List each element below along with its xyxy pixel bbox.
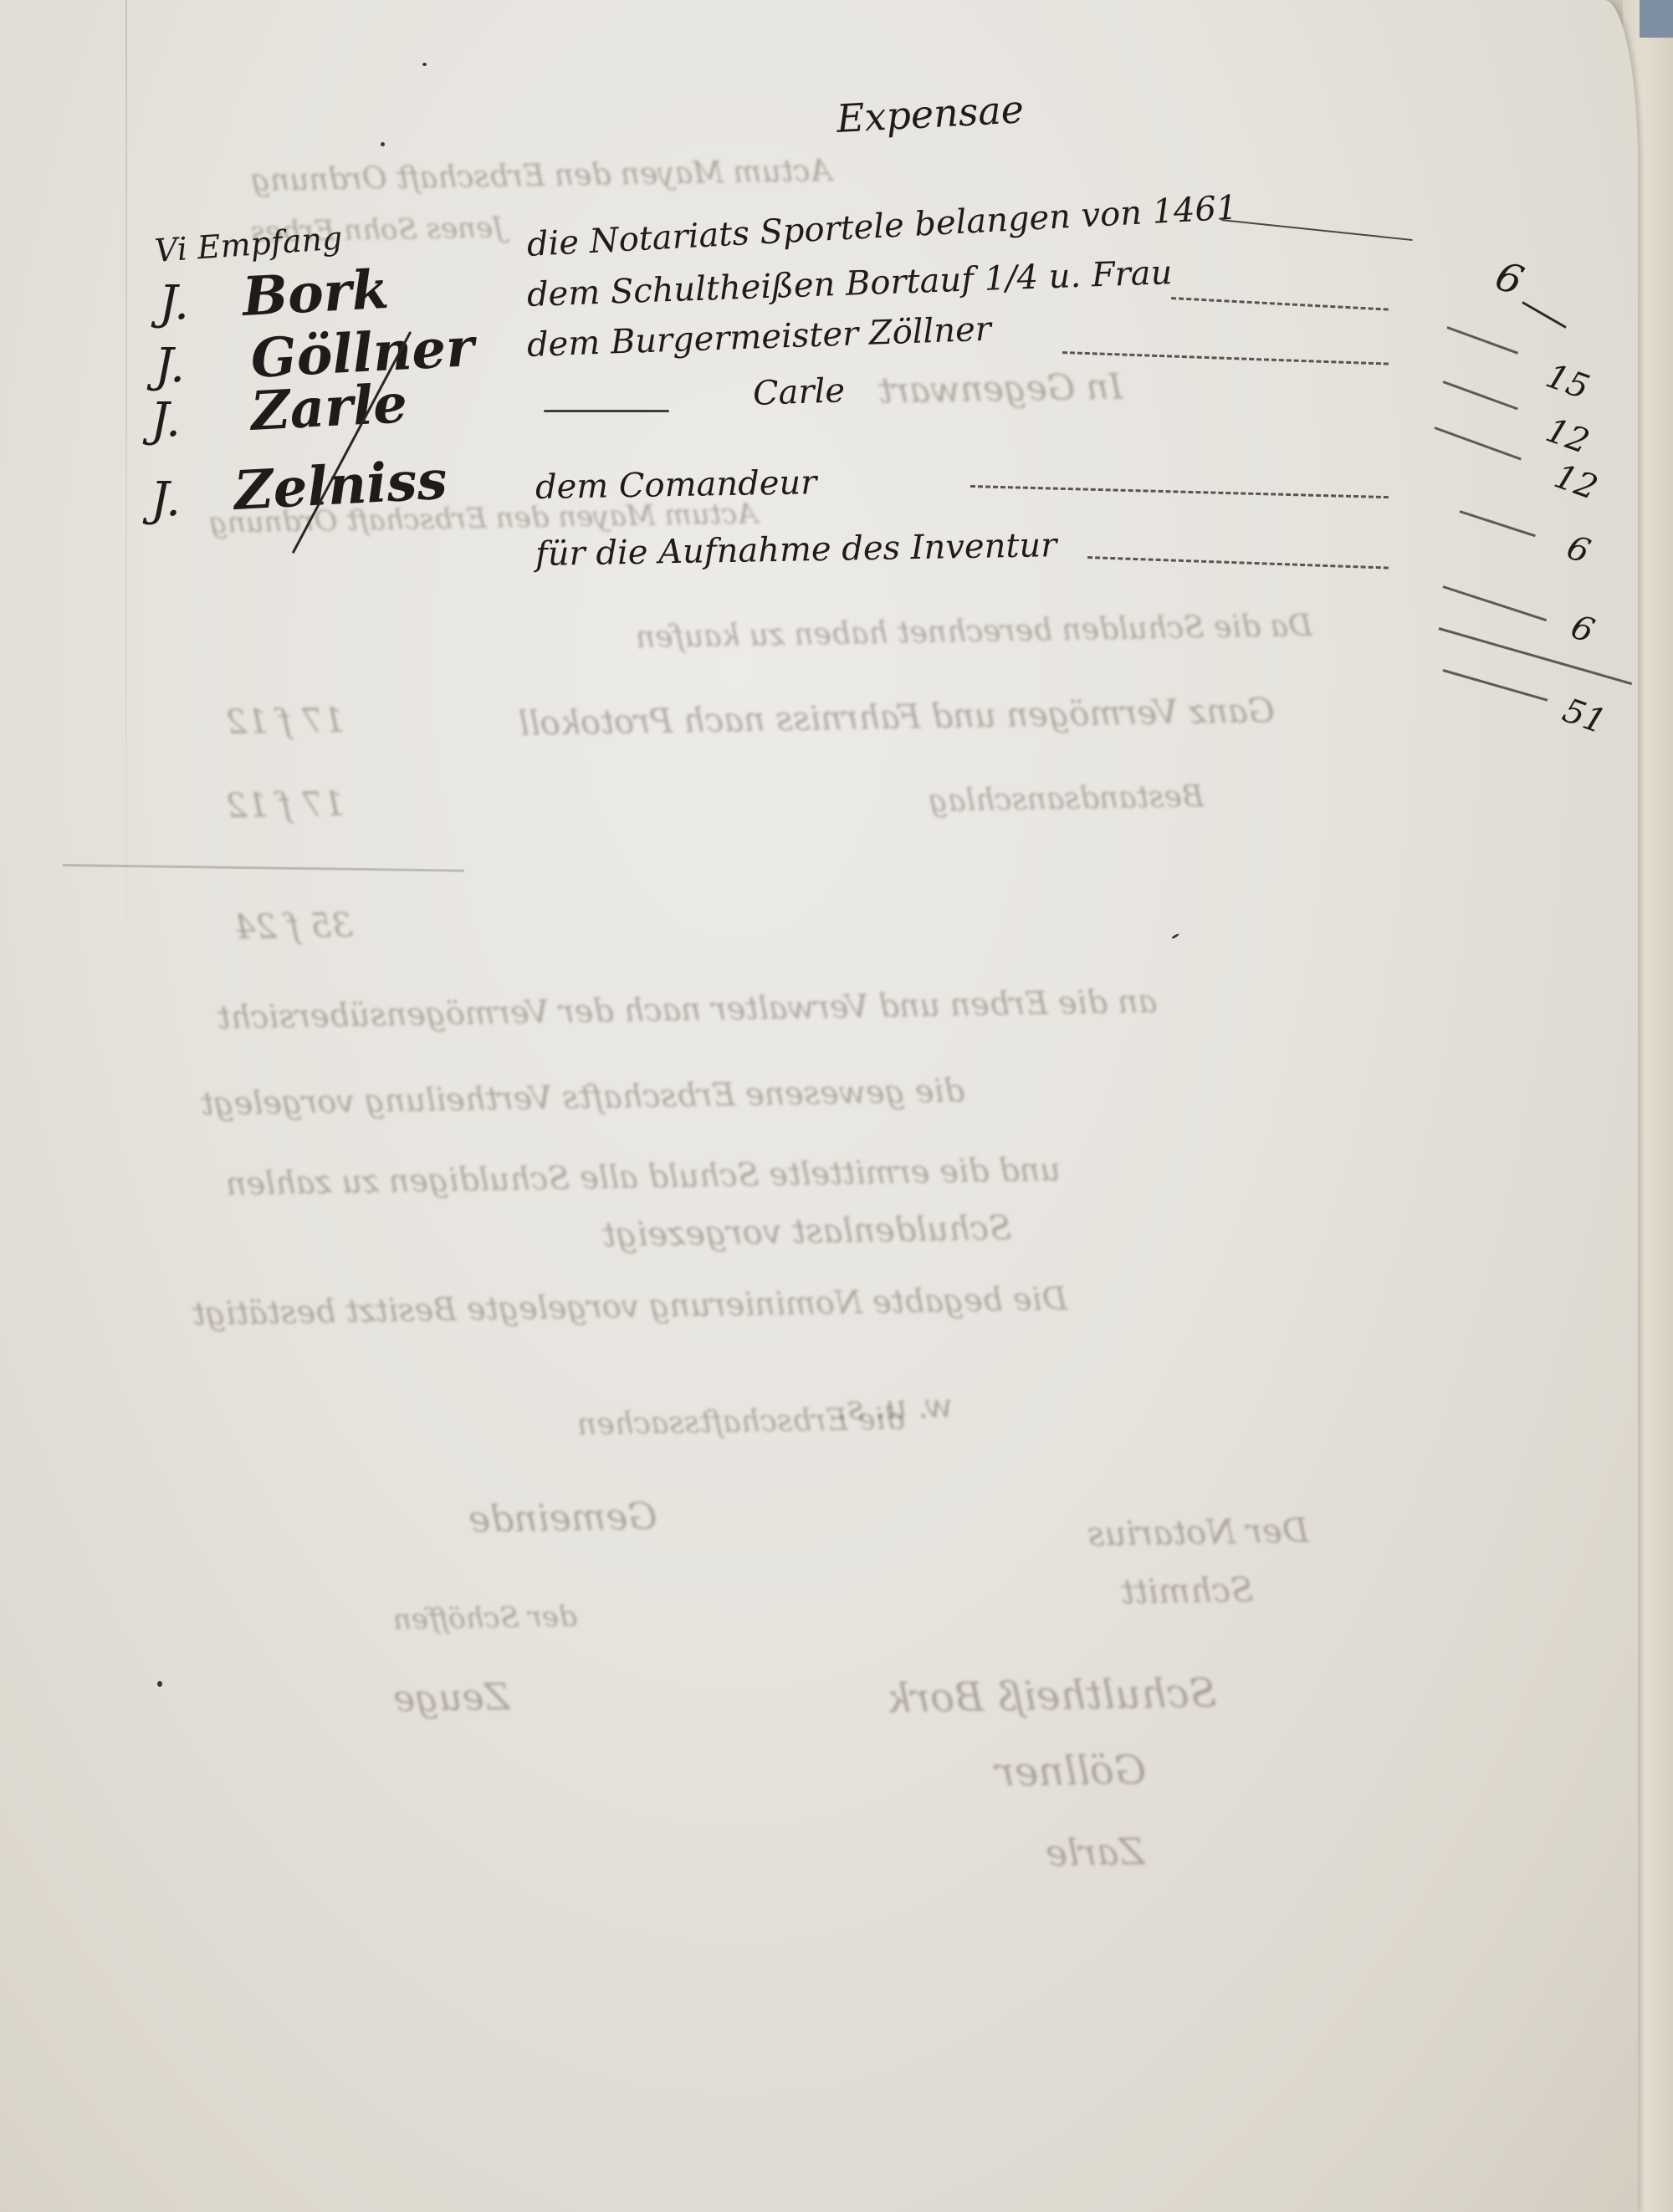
bleed-through-signature: Der Notarius	[1087, 1512, 1310, 1555]
bleed-through-line: Schuldenlast vorgezeigt	[602, 1209, 1012, 1255]
name-prefix: J.	[159, 276, 189, 330]
expense-item-text: dem Comandeur	[535, 463, 817, 507]
leader-line	[1171, 297, 1389, 314]
bleed-through-line: die gewesene Erbschafts Vertheilung vorg…	[201, 1072, 965, 1122]
bleed-through-signature: Schmitt	[1121, 1571, 1254, 1612]
amount-value: 6	[1562, 528, 1595, 571]
name-prefix: J.	[151, 393, 181, 447]
amount-value: 12	[1549, 457, 1603, 508]
bleed-through-line: Die begabte Nominierung vorgelegte Besit…	[192, 1280, 1068, 1332]
leader-line	[970, 485, 1389, 501]
paper-speck	[381, 142, 385, 146]
amount-dash	[1460, 510, 1536, 537]
amount-dash	[1434, 427, 1521, 460]
name-prefix: J.	[155, 339, 185, 393]
bleed-through-signature: der Schöffen	[393, 1600, 577, 1637]
bleed-through-amount: 17 f 12	[226, 785, 345, 825]
leader-line	[1221, 219, 1413, 241]
expense-item-text: die Notariats Sportele belangen von 1461	[526, 189, 1239, 264]
bleed-through-line: Ganz Vermögen und Fahrniss nach Protokol…	[519, 692, 1275, 743]
name-entry: Zarle	[249, 372, 409, 443]
amount-dash	[1443, 585, 1548, 621]
paper-speck	[157, 1681, 162, 1687]
amount-value: 12	[1541, 411, 1594, 462]
leader-line	[1087, 556, 1389, 572]
name-entry: Bork	[241, 258, 391, 329]
amount-dash	[1443, 669, 1548, 702]
ditto-underline	[544, 410, 669, 412]
paper-speck	[1171, 933, 1179, 940]
background-surface	[1640, 0, 1673, 38]
amount-value: 6	[1566, 607, 1599, 651]
bleed-through-line: Bestandsanschlag	[929, 779, 1205, 819]
bleed-through-signature: Zarle	[1046, 1831, 1145, 1875]
amount-value: 6	[1489, 253, 1529, 305]
expense-item-text: dem Schultheißen Bortauf 1/4 u. Frau	[526, 253, 1173, 314]
amount-flourish	[1522, 301, 1566, 329]
bleed-through-signature: die Erbschaftssachen	[577, 1402, 905, 1443]
bleed-through-line: In Gegenwart	[878, 365, 1123, 411]
ledger-page: Actum Mayen den Erbschaft Ordnung Jenes …	[0, 0, 1638, 2212]
bleed-through-signature: Göllner	[995, 1746, 1147, 1796]
bleed-through-line: an die Erben und Verwalter nach der Verm…	[217, 983, 1158, 1036]
bleed-through-amount: 17 f 12	[226, 702, 345, 742]
page-heading: Expensae	[836, 86, 1026, 141]
bleed-through-line: Da die Schulden berechnet haben zu kaufe…	[636, 609, 1312, 655]
bleed-through-rule	[63, 864, 464, 872]
bleed-through-signature: Zeuge	[393, 1676, 510, 1720]
expense-item-text: Carle	[752, 371, 846, 413]
page-fold-line	[125, 0, 127, 920]
amount-value: 15	[1541, 356, 1594, 407]
total-amount: 51	[1558, 691, 1611, 742]
bleed-through-signature: Schultheiß Bork	[887, 1670, 1217, 1723]
bleed-through-line: und die ermittelte Schuld alle Schuldige…	[226, 1151, 1061, 1202]
paper-speck	[422, 63, 427, 66]
expense-item-text: dem Burgermeister Zöllner	[526, 310, 991, 365]
bleed-through-signature: Gemeinde	[468, 1495, 657, 1541]
expense-item-text: für die Aufnahme des Inventur	[535, 526, 1057, 574]
bleed-through-line: Actum Mayen den Erbschaft Ordnung	[251, 154, 832, 198]
name-prefix: J.	[151, 473, 181, 527]
bleed-through-amount: 35 f 24	[234, 907, 354, 947]
amount-dash	[1446, 326, 1518, 355]
amount-dash	[1442, 381, 1517, 410]
leader-line	[1062, 351, 1389, 368]
